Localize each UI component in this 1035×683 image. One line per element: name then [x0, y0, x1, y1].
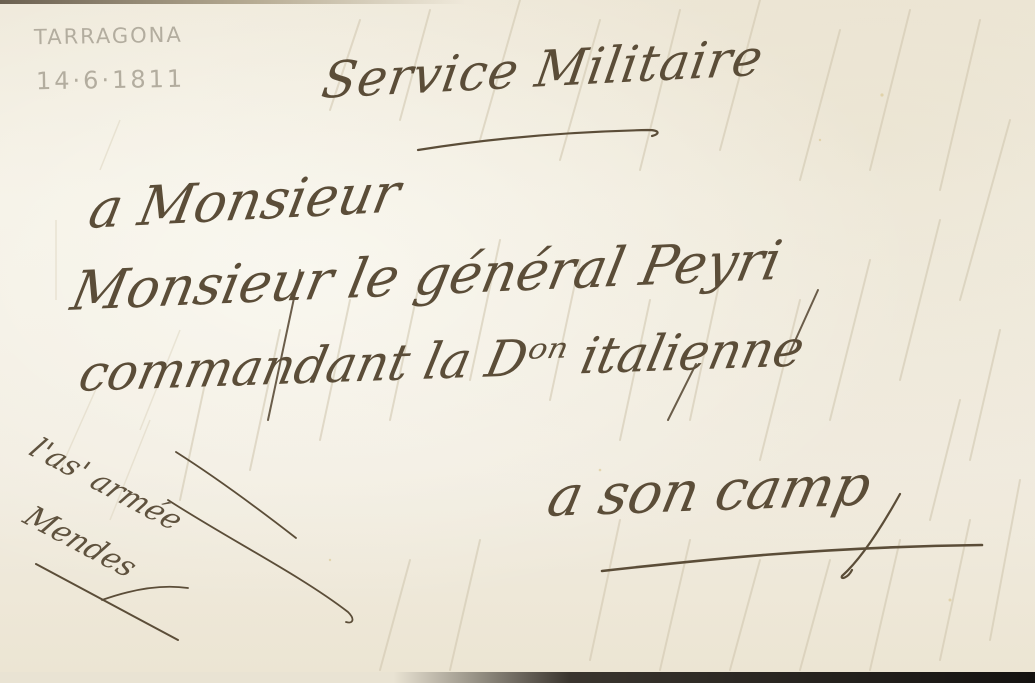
pencil-place-annotation: TARRAGONA: [34, 23, 183, 50]
location-line: a son camp: [542, 453, 877, 530]
scan-bottom-edge: [0, 672, 1035, 683]
recipient-title-line: commandant la Dᵒⁿ italienne: [74, 319, 810, 403]
pencil-date-annotation: 14·6·1811: [36, 65, 186, 96]
heading-underline: [418, 130, 658, 150]
recipient-line: Monsieur le général Peyri: [66, 228, 787, 323]
location-underline: [602, 545, 982, 571]
service-militaire-heading: Service Militaire: [318, 28, 768, 110]
top-edge-shadow: [0, 0, 1035, 4]
salutation-line: a Monsieur: [84, 161, 405, 241]
letter-cover: TARRAGONA 14·6·1811 Service Militaire a …: [0, 0, 1035, 672]
